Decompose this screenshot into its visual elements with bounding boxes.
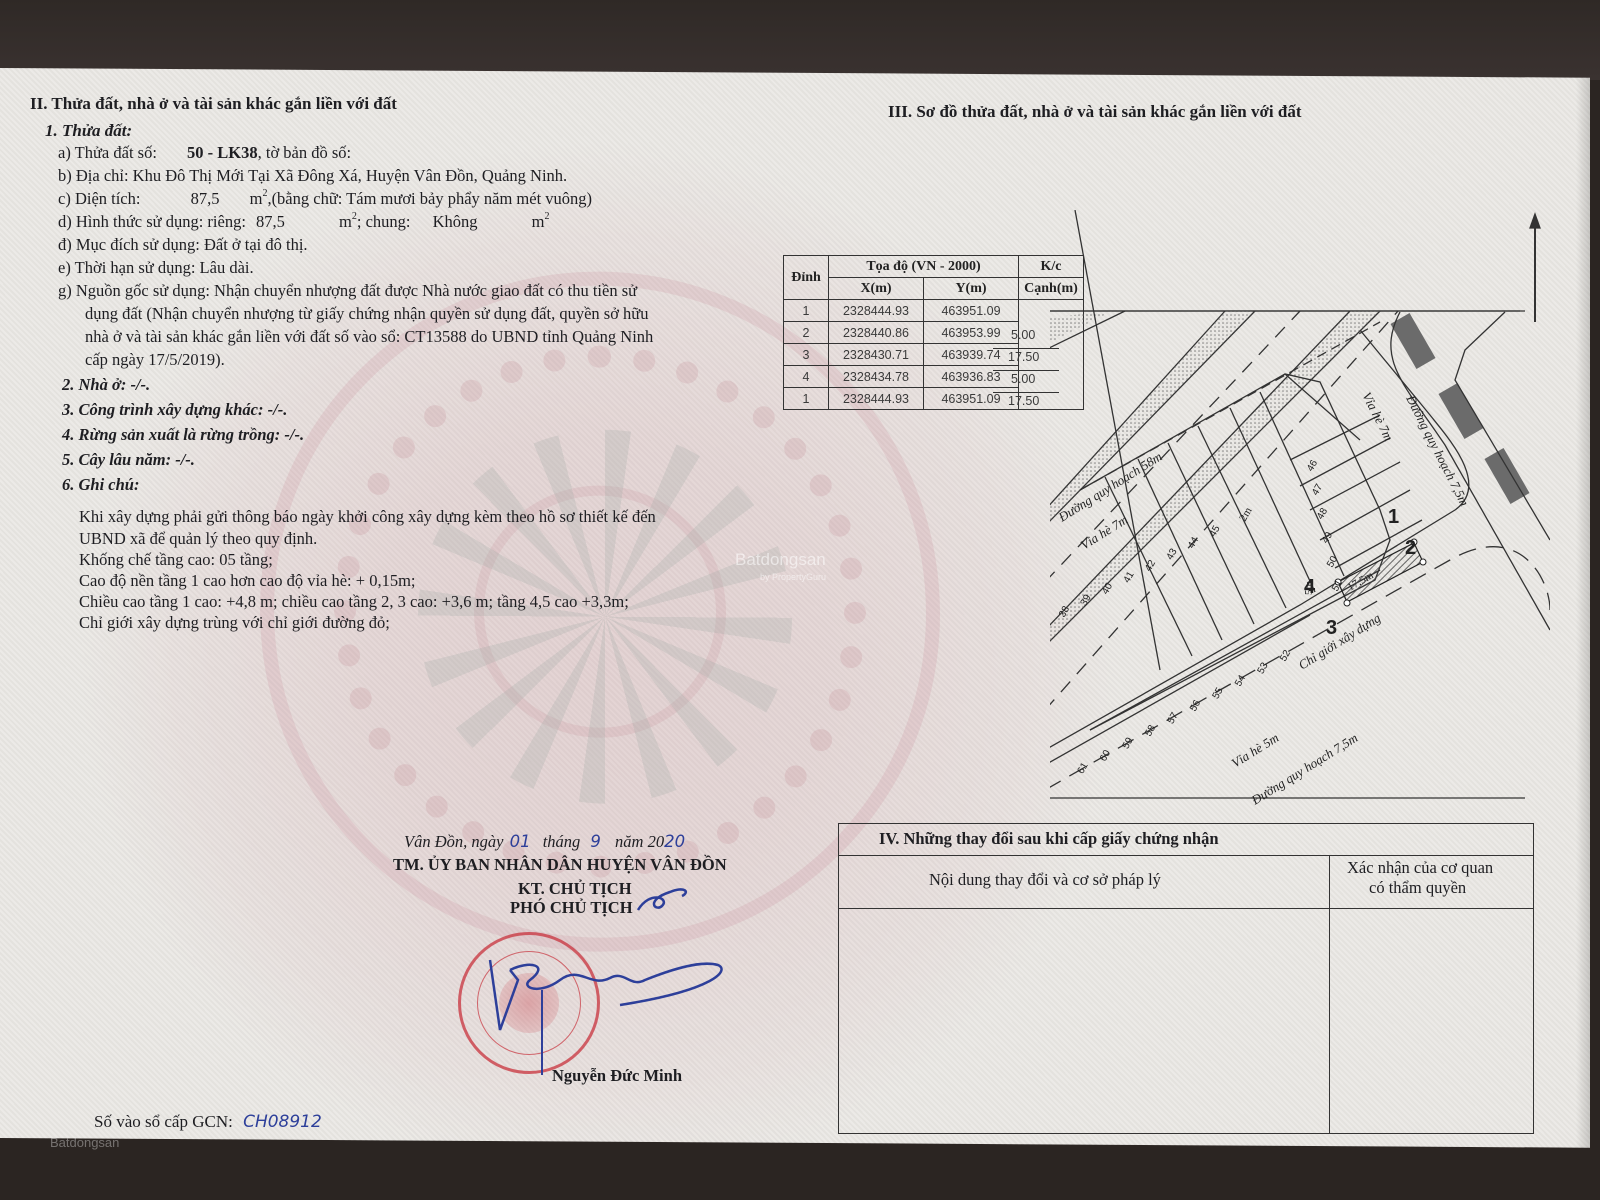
year-value: 20	[664, 832, 685, 851]
build-line-label: Chỉ giới xây dựng	[1296, 610, 1384, 673]
note-line: Chiều cao tầng 1 cao: +4,8 m; chiều cao …	[79, 592, 629, 612]
lot-number: 47	[1310, 482, 1325, 498]
vertex-label-3: 3	[1326, 617, 1337, 639]
vertex-label-2: 2	[1405, 537, 1416, 559]
coordinate-table: Đỉnh Tọa độ (VN - 2000) K/c X(m) Y(m) Cạ…	[783, 255, 1084, 410]
lot-number: 58	[1143, 723, 1158, 739]
note-line: Khi xây dựng phải gửi thông báo ngày khở…	[79, 507, 656, 527]
brand-watermark: Batdongsan	[735, 550, 826, 570]
origin-line-4: cấp ngày 17/5/2019).	[85, 350, 225, 370]
lot-number: 60	[1098, 748, 1113, 764]
lot-number: 61	[1076, 760, 1091, 776]
section4-title: IV. Những thay đổi sau khi cấp giấy chứn…	[879, 829, 1219, 849]
col-change-content: Nội dung thay đổi và cơ sở pháp lý	[929, 870, 1161, 890]
usage-form-row: d) Hình thức sử dụng: riêng: 87,5 m2; ch…	[58, 212, 550, 232]
sidewalk-5-label: Vỉa hè 5m	[1229, 730, 1282, 771]
registry-value: CH08912	[243, 1112, 322, 1132]
other-works-row: 3. Công trình xây dựng khác: -/-.	[62, 400, 287, 420]
signer-name: Nguyễn Đức Minh	[552, 1066, 682, 1086]
forest-row: 4. Rừng sản xuất là rừng trồng: -/-.	[62, 425, 304, 445]
alley-label: 2m	[1237, 505, 1255, 524]
lot-number: 59	[1121, 735, 1136, 751]
note-line: Khống chế tầng cao: 05 tầng;	[79, 550, 273, 570]
edge-length: 17.50	[1008, 394, 1039, 408]
lot-number: 50	[1325, 554, 1340, 570]
brand-tagline-watermark: by PropertyGuru	[760, 572, 826, 582]
col-vertex: Đỉnh	[784, 256, 829, 300]
term-row: e) Thời hạn sử dụng: Lâu dài.	[58, 258, 254, 278]
origin-line-2: dụng đất (Nhận chuyển nhượng từ giấy chứ…	[85, 304, 649, 324]
changes-section: IV. Những thay đổi sau khi cấp giấy chứn…	[838, 823, 1534, 1134]
col-y: Y(m)	[924, 278, 1019, 300]
col-coordinates: Tọa độ (VN - 2000)	[829, 256, 1019, 278]
edge-length: 5.00	[1011, 328, 1035, 342]
registry-number: Số vào sổ cấp GCN: CH08912	[94, 1112, 322, 1132]
perennial-row: 5. Cây lâu năm: -/-.	[62, 450, 195, 470]
table-background	[0, 0, 1600, 80]
corner-watermark: Batdongsan	[50, 1135, 119, 1150]
vertex-label-1: 1	[1388, 506, 1399, 528]
origin-line-3: nhà ở và tài sản khác gắn liền với đất s…	[85, 327, 653, 347]
table-row: 12328444.93463951.09	[784, 300, 1084, 322]
col-x: X(m)	[829, 278, 924, 300]
note-line: UBND xã để quản lý theo quy định.	[79, 529, 317, 549]
edge-length: 17.50	[1008, 350, 1039, 364]
lot-number: 57	[1166, 710, 1181, 726]
area-value: 87,5	[191, 189, 220, 208]
star-watermark-icon	[418, 429, 792, 805]
section2-title: II. Thửa đất, nhà ở và tài sản khác gắn …	[30, 94, 397, 114]
purpose-row: đ) Mục đích sử dụng: Đất ở tại đô thị.	[58, 235, 308, 255]
address-row: b) Địa chỉ: Khu Đô Thị Mới Tại Xã Đông X…	[58, 166, 567, 186]
lot-number: 45	[1208, 523, 1223, 539]
notes-heading: 6. Ghi chú:	[62, 475, 139, 495]
lot-number: 41	[1122, 569, 1137, 585]
land-plot-diagram: Đường quy hoạch 58m Vỉa hè 7m Vỉa hè 7m …	[1050, 210, 1550, 810]
house-row: 2. Nhà ở: -/-.	[62, 375, 150, 395]
issue-date: Vân Đồn, ngày 01 tháng 9 năm 2020	[404, 832, 685, 852]
origin-line-1: g) Nguồn gốc sử dụng: Nhận chuyển nhượng…	[58, 281, 637, 301]
lot-number: 46	[1305, 458, 1320, 474]
land-number: 50 - LK38	[187, 143, 258, 162]
edge-length: 5.00	[1011, 372, 1035, 386]
day-value: 01	[510, 832, 531, 851]
note-line: Cao độ nền tầng 1 cao hơn cao độ vỉa hè:…	[79, 571, 416, 591]
land-number-row: a) Thửa đất số: 50 - LK38, tờ bản đồ số:	[58, 143, 351, 163]
note-line: Chỉ giới xây dựng trùng với chỉ giới đườ…	[79, 613, 390, 633]
col-authority-confirm: Xác nhận của cơ quan	[1347, 858, 1493, 878]
month-value: 9	[590, 832, 601, 851]
section3-title: III. Sơ đồ thửa đất, nhà ở và tài sản kh…	[888, 102, 1302, 122]
area-row: c) Diện tích: 87,5 m2,(bằng chữ: Tám mươ…	[58, 189, 592, 209]
sidewalk-7-left-label: Vỉa hè 7m	[1078, 512, 1131, 553]
dim-width: 5m	[1303, 581, 1315, 596]
land-heading: 1. Thửa đất:	[45, 121, 132, 141]
sidewalk-7-right-label: Vỉa hè 7m	[1359, 390, 1396, 444]
